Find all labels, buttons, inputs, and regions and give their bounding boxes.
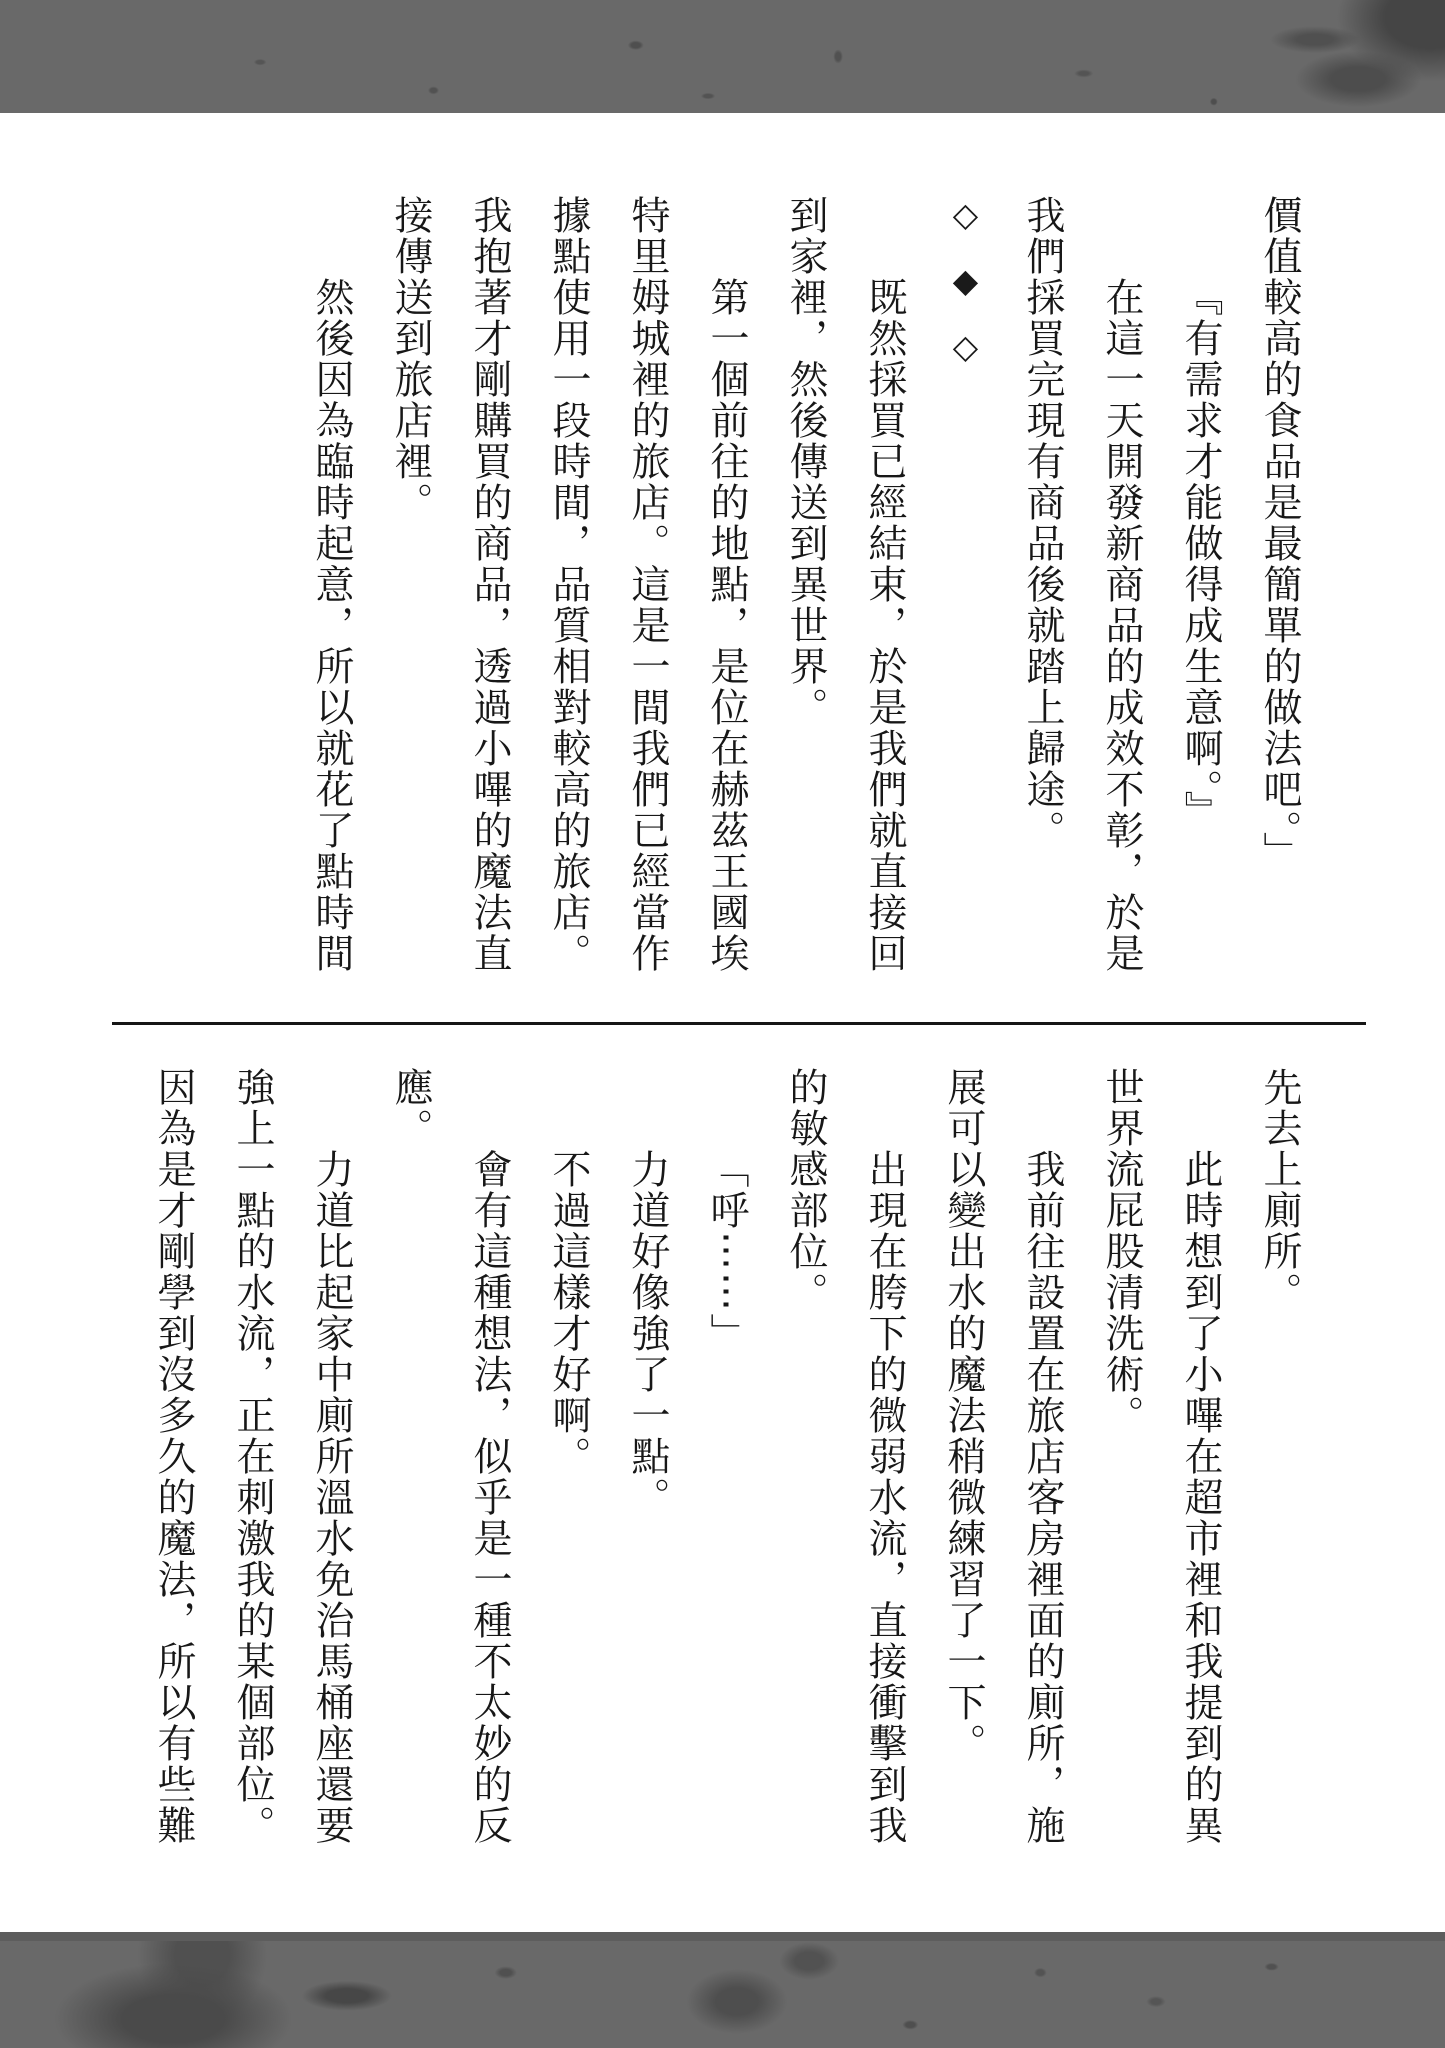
text-column: 「呼⋯⋯」	[687, 1067, 766, 1847]
text-column: 此時想到了小嗶在超市裡和我提到的異	[1161, 1067, 1240, 1847]
text-column: 然後因為臨時起意，所以就花了點時間	[292, 195, 371, 975]
text-column: 的敏感部位。	[766, 1067, 845, 1847]
text-column: 第一個前往的地點，是位在赫茲王國埃	[687, 195, 766, 975]
text-column: 力道比起家中廁所溫水免治馬桶座還要	[292, 1067, 371, 1847]
text-column: 到家裡，然後傳送到異世界。	[766, 195, 845, 975]
novel-page: 價值較高的食品是最簡單的做法吧。」 『有需求才能做得成生意啊。』 在這一天開發新…	[0, 0, 1445, 2048]
section-divider-line	[112, 1022, 1366, 1025]
diamond-scene-separator: ◇◆◇	[924, 195, 1003, 975]
text-column: 我們採買完現有商品後就踏上歸途。	[1003, 195, 1082, 975]
text-column: 先去上廁所。	[1240, 1067, 1319, 1847]
text-column: 不過這樣才好啊。	[529, 1067, 608, 1847]
bottom-border-texture	[0, 1932, 1445, 2048]
top-text-section: 價值較高的食品是最簡單的做法吧。」 『有需求才能做得成生意啊。』 在這一天開發新…	[292, 195, 1319, 975]
text-column: 既然採買已經結束，於是我們就直接回	[845, 195, 924, 975]
text-column: 特里姆城裡的旅店。這是一間我們已經當作	[608, 195, 687, 975]
text-column: 我抱著才剛購買的商品，透過小嗶的魔法直	[450, 195, 529, 975]
text-column: 強上一點的水流，正在刺激我的某個部位。	[213, 1067, 292, 1847]
text-column: 因為是才剛學到沒多久的魔法，所以有些難	[134, 1067, 213, 1847]
text-column: 展可以變出水的魔法稍微練習了一下。	[924, 1067, 1003, 1847]
text-column: 力道好像強了一點。	[608, 1067, 687, 1847]
text-column: 在這一天開發新商品的成效不彰，於是	[1082, 195, 1161, 975]
text-column: 據點使用一段時間，品質相對較高的旅店。	[529, 195, 608, 975]
text-column: 應。	[371, 1067, 450, 1847]
text-column: 世界流屁股清洗術。	[1082, 1067, 1161, 1847]
text-column: 我前往設置在旅店客房裡面的廁所，施	[1003, 1067, 1082, 1847]
text-column: 接傳送到旅店裡。	[371, 195, 450, 975]
text-column: 出現在胯下的微弱水流，直接衝擊到我	[845, 1067, 924, 1847]
top-border-texture	[0, 0, 1445, 113]
text-column: 會有這種想法，似乎是一種不太妙的反	[450, 1067, 529, 1847]
text-column: 價值較高的食品是最簡單的做法吧。」	[1240, 195, 1319, 975]
text-column: 『有需求才能做得成生意啊。』	[1161, 195, 1240, 975]
bottom-text-section: 先去上廁所。 此時想到了小嗶在超市裡和我提到的異 世界流屁股清洗術。 我前往設置…	[134, 1067, 1319, 1847]
